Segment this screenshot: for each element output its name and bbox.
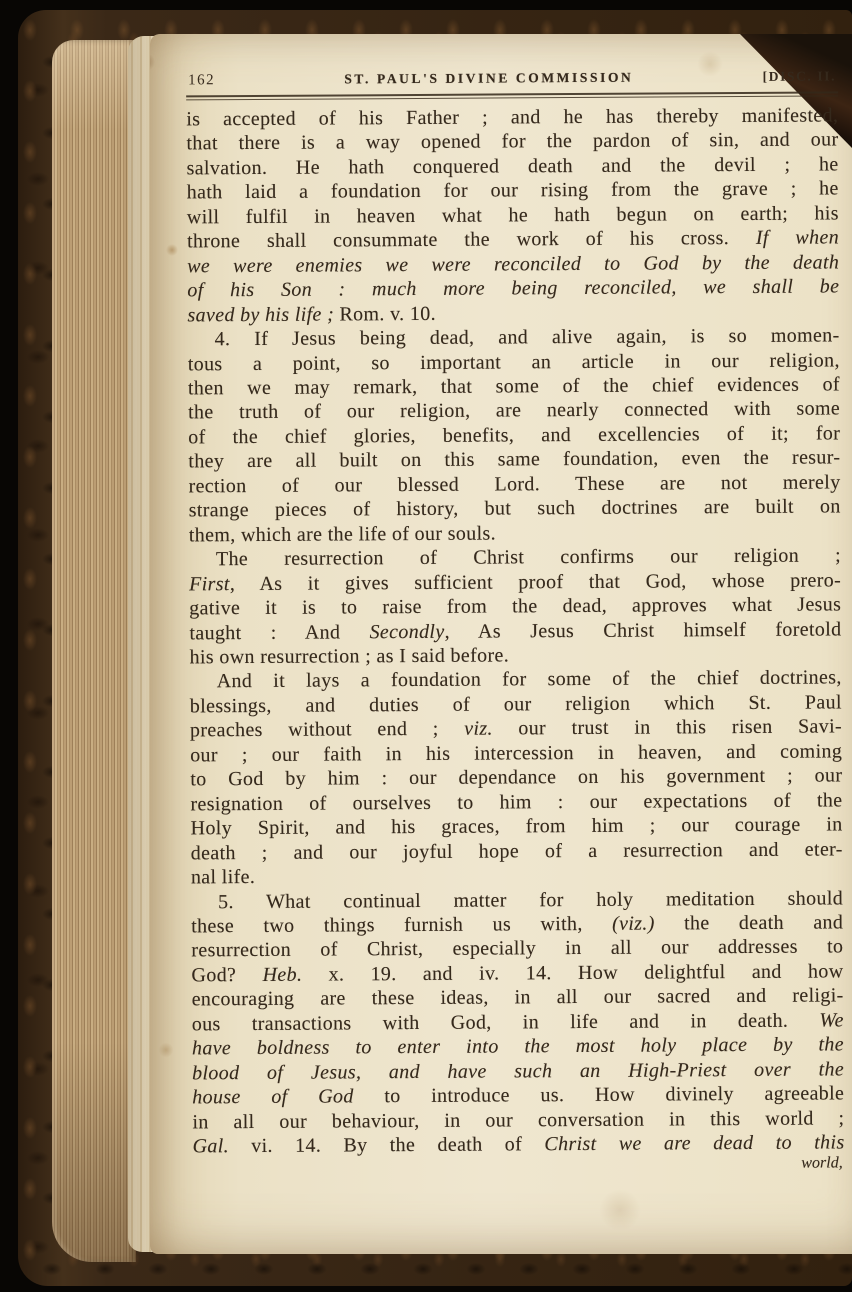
text-segment: 4. If Jesus being dead, and alive again,…: [215, 324, 840, 350]
text-segment: If when: [756, 227, 839, 250]
paragraph: 4. If Jesus being dead, and alive again,…: [188, 323, 841, 547]
text-segment: Secondly: [369, 620, 444, 642]
text-segment: our trust in this risen Savi-: [493, 716, 842, 740]
text-segment: resurrection of Christ, especially in al…: [191, 936, 843, 962]
text-segment: in all our behaviour, in our conversatio…: [192, 1107, 844, 1133]
text-segment: rection of our blessed Lord. These are n…: [188, 471, 840, 497]
text-segment: x. 19. and iv. 14. How delightful and ho…: [302, 960, 843, 985]
text-segment: Heb.: [262, 964, 302, 986]
text-segment: gative it is to raise from the dead, app…: [189, 593, 841, 619]
text-segment: We: [819, 1009, 844, 1031]
text-line: The resurrection of Christ confirms our …: [189, 544, 841, 572]
text-segment: have boldness to enter into the most hol…: [192, 1034, 844, 1060]
text-line: throne shall consummate the work of his …: [187, 226, 839, 254]
text-segment: these two things furnish us with,: [191, 913, 612, 938]
text-segment: the death and: [655, 911, 844, 934]
paragraph: And it lays a foundation for some of the…: [190, 666, 843, 890]
text-segment: , As Jesus Christ himself foretold: [444, 618, 841, 642]
page-number: 162: [188, 72, 215, 89]
text-block: is accepted of his Father ; and he has t…: [186, 103, 844, 1158]
text-line: preaches without end ; viz. our trust in…: [190, 715, 842, 743]
catchword: world,: [193, 1155, 845, 1177]
page-content: 162 ST. PAUL'S DIVINE COMMISSION [DISC. …: [186, 68, 845, 1176]
scanned-book-photo: { "header": { "page_number": "162", "run…: [0, 0, 852, 1292]
text-segment: is accepted of his Father ; and he has t…: [186, 104, 838, 130]
text-segment: our ; our faith in his intercession in h…: [190, 740, 842, 766]
text-segment: that there is a way opened for the pardo…: [186, 129, 838, 155]
text-segment: house of God: [192, 1086, 354, 1109]
text-line: of his Son : much more being reconciled,…: [187, 275, 839, 303]
section-label: [DISC. II.: [763, 68, 836, 84]
text-line: encouraging are these ideas, in all our …: [192, 984, 844, 1012]
text-segment: God?: [191, 964, 262, 986]
text-line: have boldness to enter into the most hol…: [192, 1033, 844, 1061]
text-segment: hath laid a foundation for our rising fr…: [187, 178, 839, 204]
text-segment: throne shall consummate the work of his …: [187, 227, 756, 252]
paragraph: is accepted of his Father ; and he has t…: [186, 103, 839, 327]
text-line: strange pieces of history, but such doct…: [189, 495, 841, 523]
text-segment: to God by him : our dependance on his go…: [190, 765, 842, 791]
text-segment: , As it gives sufficient proof that God,…: [230, 569, 841, 595]
text-segment: And it lays a foundation for some of the…: [217, 667, 842, 693]
book-page: 162 ST. PAUL'S DIVINE COMMISSION [DISC. …: [150, 34, 852, 1254]
text-segment: First: [189, 573, 230, 595]
text-segment: Christ we are dead to this: [544, 1131, 844, 1155]
text-segment: tous a point, so important an article in…: [188, 349, 840, 375]
text-segment: 5. What continual matter for holy medita…: [218, 887, 843, 913]
text-line: gative it is to raise from the dead, app…: [189, 592, 841, 620]
paragraph: 5. What continual matter for holy medita…: [191, 886, 845, 1159]
text-segment: ous transactions with God, in life and i…: [192, 1009, 820, 1035]
text-line: 4. If Jesus being dead, and alive again,…: [188, 323, 840, 351]
text-segment: his own resurrection ; as I said before.: [190, 644, 510, 668]
text-segment: them, which are the life of our souls.: [189, 522, 496, 546]
text-segment: Holy Spirit, and his graces, from him ; …: [191, 814, 843, 840]
text-segment: death ; and our joyful hope of a resurre…: [191, 838, 843, 864]
text-segment: Gal.: [192, 1135, 229, 1157]
text-line: they are all built on this same foundati…: [188, 446, 840, 474]
text-segment: we were enemies we were reconciled to Go…: [187, 251, 839, 277]
text-line: hath laid a foundation for our rising fr…: [187, 177, 839, 205]
text-segment: will fulfil in heaven what he hath begun…: [187, 202, 839, 228]
text-line: taught : And Secondly, As Jesus Christ h…: [189, 617, 841, 645]
text-line: resurrection of Christ, especially in al…: [191, 935, 843, 963]
text-segment: blood of Jesus, and have such an High-Pr…: [192, 1058, 844, 1084]
text-segment: preaches without end ;: [190, 718, 464, 742]
text-segment: taught : And: [189, 621, 369, 644]
page-header: 162 ST. PAUL'S DIVINE COMMISSION [DISC. …: [186, 68, 838, 89]
text-segment: to introduce us. How divinely agreeable: [354, 1083, 845, 1108]
text-segment: The resurrection of Christ confirms our …: [216, 545, 841, 571]
text-line: death ; and our joyful hope of a resurre…: [191, 837, 843, 865]
text-line: Gal. vi. 14. By the death of Christ we a…: [192, 1130, 844, 1158]
text-segment: salvation. He hath conquered death and t…: [187, 153, 839, 179]
text-segment: nal life.: [191, 866, 255, 888]
text-line: to God by him : our dependance on his go…: [190, 764, 842, 792]
page-fore-edges: [52, 40, 136, 1262]
text-line: Holy Spirit, and his graces, from him ; …: [191, 813, 843, 841]
text-line: house of God to introduce us. How divine…: [192, 1082, 844, 1110]
text-segment: encouraging are these ideas, in all our …: [192, 985, 844, 1011]
text-segment: the truth of our religion, are nearly co…: [188, 398, 840, 424]
text-segment: of his Son : much more being reconciled,…: [187, 276, 839, 302]
text-segment: blessings, and duties of our religion wh…: [190, 691, 842, 717]
text-segment: strange pieces of history, but such doct…: [189, 496, 841, 522]
text-segment: vi. 14. By the death of: [229, 1133, 545, 1157]
text-segment: of the chief glories, benefits, and exce…: [188, 422, 840, 448]
header-rule: [186, 91, 838, 100]
paragraph: The resurrection of Christ confirms our …: [189, 544, 842, 670]
text-segment: resignation of ourselves to him : our ex…: [190, 789, 842, 815]
text-segment: viz.: [464, 718, 493, 740]
text-segment: saved by his life ;: [187, 303, 339, 326]
text-segment: (viz.): [612, 913, 655, 935]
running-title: ST. PAUL'S DIVINE COMMISSION: [215, 69, 763, 88]
text-segment: they are all built on this same foundati…: [188, 447, 840, 473]
text-segment: Rom. v. 10.: [339, 303, 436, 326]
text-segment: then we may remark, that some of the chi…: [188, 373, 840, 399]
